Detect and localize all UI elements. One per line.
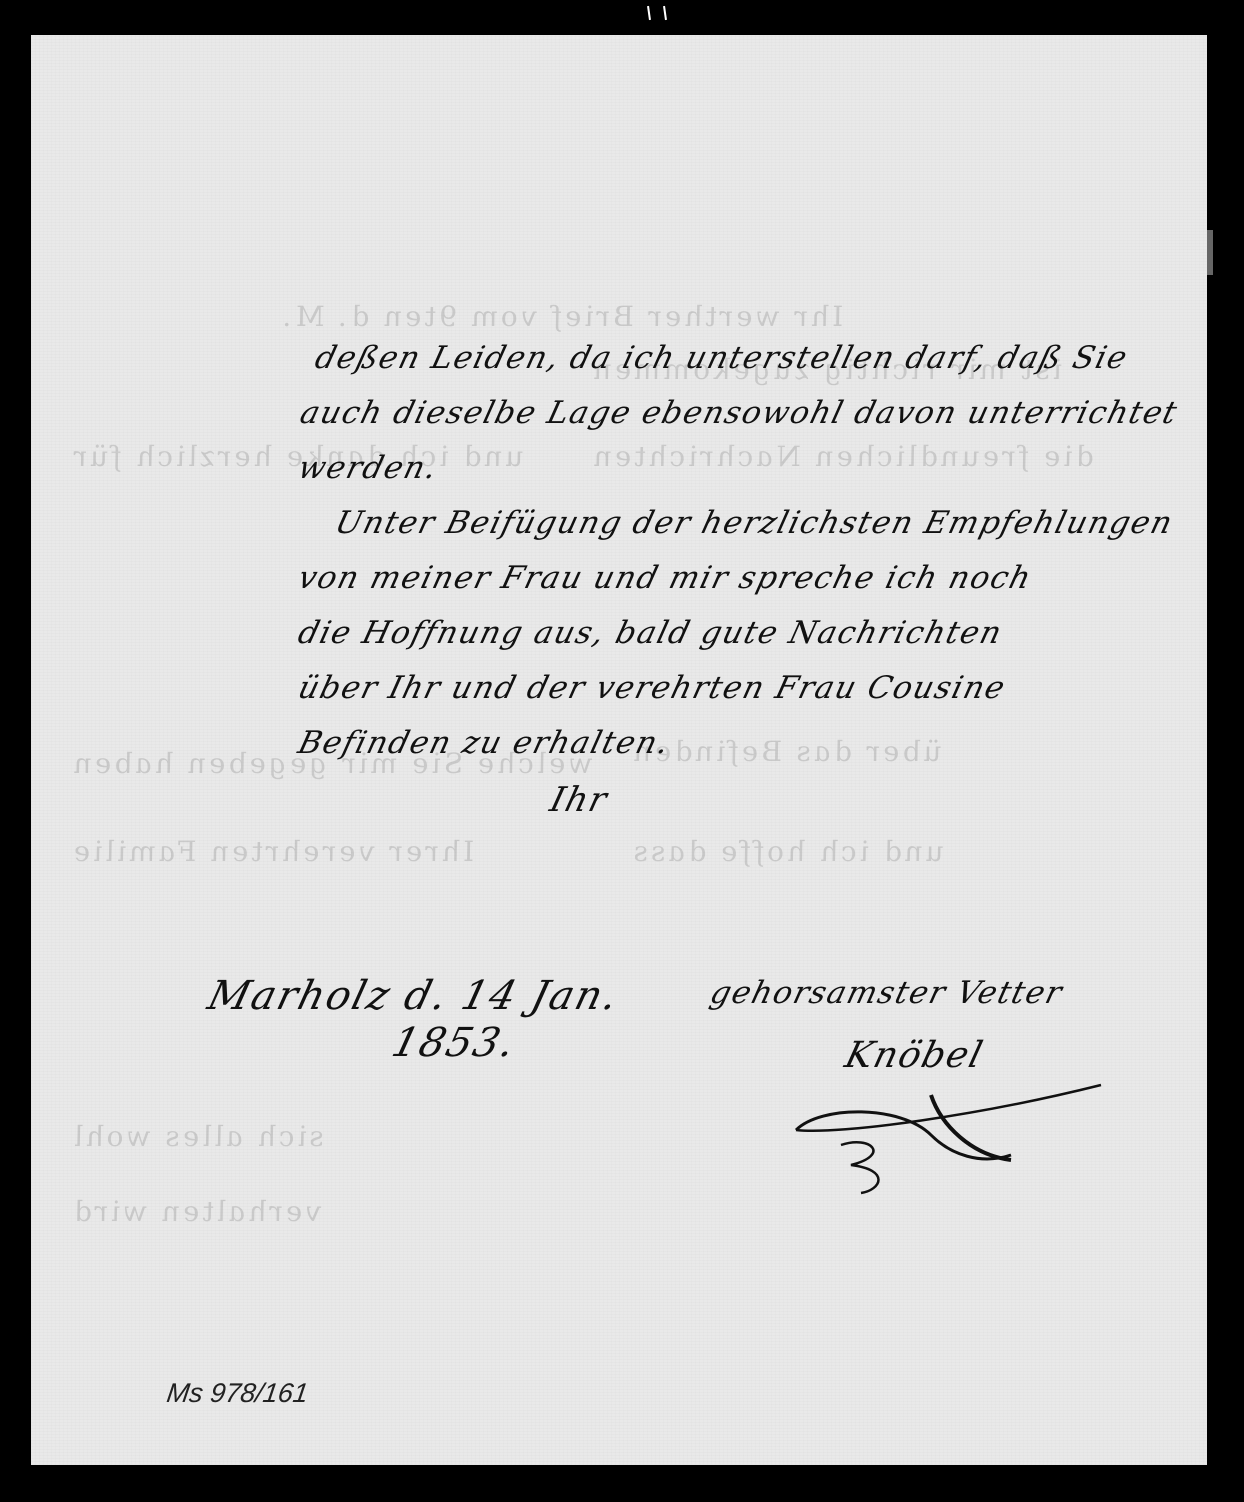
scan-mark xyxy=(647,6,651,20)
bleed-line: und ich danke herzlich für xyxy=(67,440,527,473)
letter-page: Ihr werther Brief vom 9ten d. M. ist mir… xyxy=(31,35,1207,1465)
archive-number: Ms 978/161 xyxy=(165,1378,310,1409)
bleed-line: Ihrer verehrten Familie xyxy=(67,835,477,868)
body-line-6: die Hoffnung aus, bald gute Nachrichten xyxy=(295,615,1007,651)
bleed-line: über das Befinden xyxy=(627,735,945,768)
body-line-7: über Ihr und der verehrten Frau Cousine xyxy=(295,670,1010,706)
bleed-line: sich alles wohl xyxy=(67,1120,327,1153)
bleed-line: und ich hoffe dass xyxy=(627,835,947,868)
bleed-line: verhalten wird xyxy=(67,1195,324,1228)
valediction: gehorsamster Vetter xyxy=(707,975,1067,1011)
body-line-1: deßen Leiden, da ich unterstellen darf, … xyxy=(312,340,1132,376)
body-line-2: auch dieselbe Lage ebensowohl davon unte… xyxy=(297,395,1182,431)
body-line-4: Unter Beifügung der herzlichsten Empfehl… xyxy=(332,505,1178,541)
place-date: Marholz d. 14 Jan. xyxy=(203,973,624,1019)
year: 1853. xyxy=(387,1020,520,1066)
body-line-8: Befinden zu erhalten. xyxy=(295,725,674,761)
scan-mark xyxy=(663,6,667,20)
signature: Knöbel xyxy=(841,1035,988,1076)
signature-flourish xyxy=(781,1075,1121,1195)
bleed-line: die freundlichen Nachrichten xyxy=(587,440,1097,473)
bleed-line: Ihr werther Brief vom 9ten d. M. xyxy=(277,300,846,333)
body-line-3: werden. xyxy=(295,450,442,486)
closing-word: Ihr xyxy=(546,780,612,820)
body-line-5: von meiner Frau und mir spreche ich noch xyxy=(295,560,1036,596)
